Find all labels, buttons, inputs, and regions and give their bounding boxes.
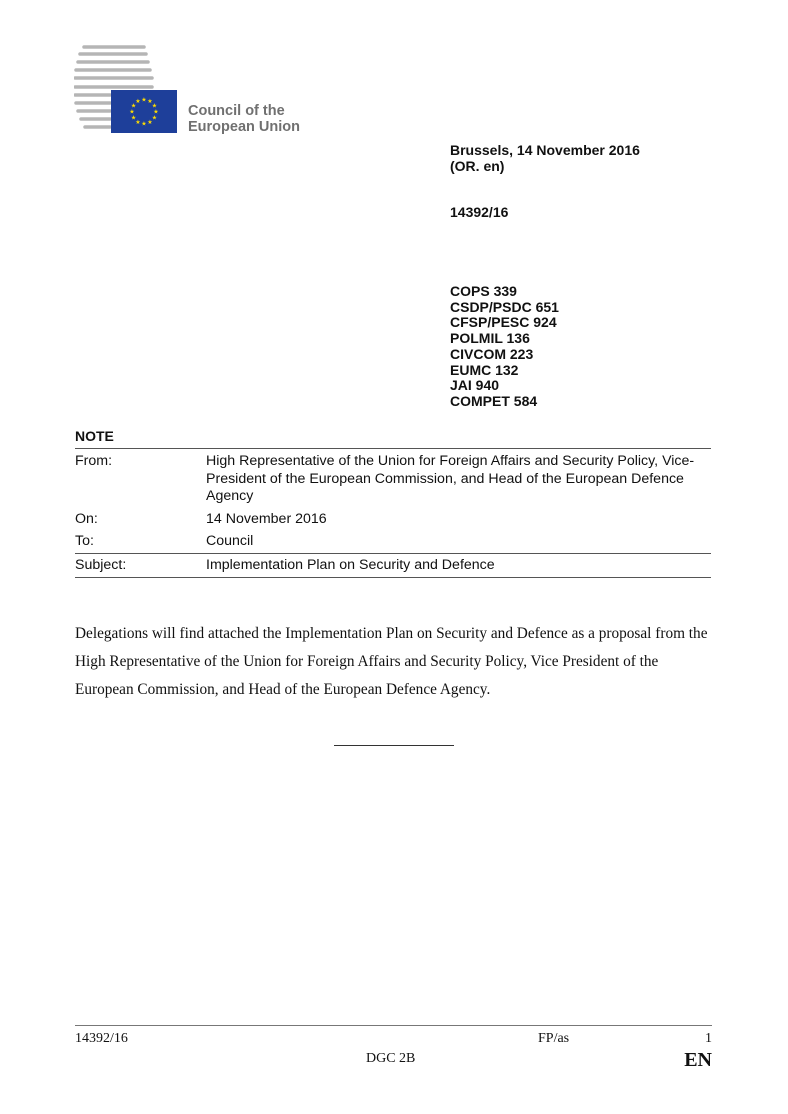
code-line: CSDP/PSDC 651	[450, 300, 559, 316]
code-line: POLMIL 136	[450, 331, 559, 347]
footer-initials: FP/as	[538, 1031, 569, 1047]
dateline-block: Brussels, 14 November 2016 (OR. en)	[450, 143, 640, 174]
footer-divider	[75, 1025, 712, 1026]
footer-language: EN	[684, 1049, 712, 1072]
body-paragraph: Delegations will find attached the Imple…	[75, 620, 715, 704]
note-label: From:	[75, 453, 206, 506]
org-name-line-1: Council of the	[188, 103, 300, 119]
note-title: NOTE	[75, 428, 114, 444]
code-line: CFSP/PESC 924	[450, 315, 559, 331]
svg-text:★: ★	[131, 115, 136, 122]
document-number: 14392/16	[450, 205, 508, 221]
note-value: 14 November 2016	[206, 511, 711, 529]
eu-flag-icon: ★★★★★★★★★★★★	[111, 90, 177, 133]
svg-text:★: ★	[141, 121, 146, 128]
footer-document-number: 14392/16	[75, 1031, 128, 1047]
note-value: Implementation Plan on Security and Defe…	[206, 557, 711, 575]
note-label: On:	[75, 511, 206, 529]
original-language: (OR. en)	[450, 159, 640, 175]
org-name-line-2: European Union	[188, 119, 300, 135]
organization-name: Council of the European Union	[188, 103, 300, 135]
note-row-from: From: High Representative of the Union f…	[75, 449, 711, 506]
interinstitutional-codes: COPS 339CSDP/PSDC 651CFSP/PESC 924POLMIL…	[450, 284, 559, 410]
dateline: Brussels, 14 November 2016	[450, 143, 640, 159]
code-line: CIVCOM 223	[450, 347, 559, 363]
note-label: Subject:	[75, 557, 206, 575]
note-value: High Representative of the Union for For…	[206, 453, 711, 506]
code-line: COPS 339	[450, 284, 559, 300]
svg-text:★: ★	[135, 98, 140, 105]
note-table: From: High Representative of the Union f…	[75, 448, 711, 578]
note-row-on: On: 14 November 2016	[75, 506, 711, 529]
end-of-text-rule	[334, 745, 454, 746]
council-logo: ★★★★★★★★★★★★ Council of the European Uni…	[74, 44, 314, 136]
note-row-subject: Subject: Implementation Plan on Security…	[75, 553, 711, 578]
note-row-to: To: Council	[75, 528, 711, 553]
code-line: COMPET 584	[450, 394, 559, 410]
footer-page-number: 1	[705, 1031, 712, 1047]
svg-text:★: ★	[147, 119, 152, 126]
footer-department: DGC 2B	[366, 1051, 415, 1067]
note-value: Council	[206, 533, 711, 551]
note-label: To:	[75, 533, 206, 551]
code-line: JAI 940	[450, 378, 559, 394]
svg-text:★: ★	[141, 97, 146, 104]
code-line: EUMC 132	[450, 363, 559, 379]
svg-text:★: ★	[129, 109, 134, 116]
